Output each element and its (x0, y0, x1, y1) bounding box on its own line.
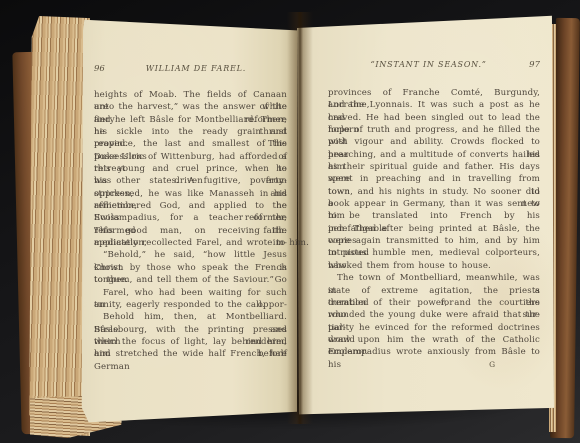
printers-signature-mark: G (328, 360, 540, 369)
text-line: pen. Then after being printed at Bâsle, … (328, 223, 540, 235)
text-line: rounded the young duke were afraid that … (328, 309, 540, 321)
left-header-title: WILLIAM DE FAREL. (105, 64, 287, 73)
text-line: his other states. A fugitive, poverty-st… (94, 175, 287, 187)
text-line: The town of Montbelliard, meanwhile, was… (328, 272, 540, 284)
text-line: known by those who speak the French tong… (94, 262, 287, 274)
right-page-number: 97 (529, 60, 540, 70)
text-line: tiality he evinced for the reformed doct… (328, 322, 540, 334)
text-line: town, and his nights in study. No sooner… (328, 186, 540, 198)
text-line: tunity, eagerly responded to the call. (94, 299, 287, 311)
left-page-text: 96 WILLIAM DE FAREL. heights of Moab. Th… (94, 64, 287, 361)
text-line: were again transmitted to him, and by hi… (328, 235, 540, 247)
text-line: as their spiritual guide and father. His… (328, 161, 540, 173)
text-line: Ecolampadius wrote anxiously from Bâsle … (328, 346, 540, 358)
text-line: This good man, on receiving the applicat… (94, 225, 287, 237)
text-line: him stretched the wide half French, half… (94, 348, 287, 360)
text-line: unto the harvest,” was the answer of the… (94, 101, 287, 113)
text-line: and he left Bâsle for Montbelliard. Ther… (94, 114, 287, 126)
right-header-title: “INSTANT IN SEASON.” (328, 60, 529, 69)
text-line: remembered God, and applied to the Swiss… (94, 200, 287, 212)
text-line: to pious humble men, medieval colporteur… (328, 247, 540, 259)
text-line: provinces of Franche Comté, Burgundy, Lo… (328, 87, 540, 99)
text-line: state of extreme agitation, the priests … (328, 285, 540, 297)
text-line: to be translated into French by his inde… (328, 210, 540, 222)
text-line: oppressed, he was like Manasseh in his a… (94, 188, 287, 200)
left-page-number: 96 (94, 64, 105, 74)
text-line: and the Lyonnais. It was such a post as … (328, 99, 540, 111)
page-edges-left-stack (28, 16, 90, 436)
text-line: them the focus of light, lay behind him,… (94, 336, 287, 348)
text-line: Duke Ulric of Wittenburg, had afforded a… (94, 151, 287, 163)
text-line: spent in preaching and in travelling fro… (328, 173, 540, 185)
text-line: preaching, and a multitude of converts h… (328, 149, 540, 161)
book-photograph: 96 WILLIAM DE FAREL. heights of Moab. Th… (0, 0, 580, 443)
text-line: this young and cruel prince, when he was… (94, 163, 287, 175)
text-line: Behold him, then, at Montbelliard. Bâsle… (94, 311, 287, 323)
text-line: “Behold,” he said, “how little Jesus Chr… (94, 249, 287, 261)
text-line: craved. He had been singled out to lead … (328, 112, 540, 124)
text-line: Farel, who had been waiting for such an … (94, 287, 287, 299)
text-line: duration of their power, and the courtie… (328, 297, 540, 309)
left-body-text: heights of Moab. The fields of Canaan ar… (94, 89, 287, 361)
book-gutter-shadow (287, 12, 313, 424)
right-body-text: provinces of Franche Comté, Burgundy, Lo… (328, 87, 540, 359)
text-line: Strasbourg, with the printing presses wh… (94, 324, 287, 336)
text-line: book appear in Germany, than it was sent… (328, 198, 540, 210)
text-line: hawked them from house to house. (328, 260, 540, 272)
text-line: draw upon him the wrath of the Catholic … (328, 334, 540, 346)
text-line: with vigour and ability. Crowds flocked … (328, 136, 540, 148)
text-line: province, the last and smallest of the p… (94, 138, 287, 150)
right-page-text: “INSTANT IN SEASON.” 97 provinces of Fra… (328, 60, 540, 369)
text-line: mediately recollected Farel, and wrote t… (94, 237, 287, 249)
right-running-header: “INSTANT IN SEASON.” 97 (328, 60, 540, 70)
text-line: heights of Moab. The fields of Canaan ar… (94, 89, 287, 101)
text-line: Ecolampadius, for a teacher of the refor… (94, 212, 287, 224)
text-line: his sickle into the ready grain and reap… (94, 126, 287, 138)
text-line: to them, and tell them of the Saviour.” (94, 274, 287, 286)
text-line: hope of truth and progress, and he fille… (328, 124, 540, 136)
left-running-header: 96 WILLIAM DE FAREL. (94, 64, 287, 74)
